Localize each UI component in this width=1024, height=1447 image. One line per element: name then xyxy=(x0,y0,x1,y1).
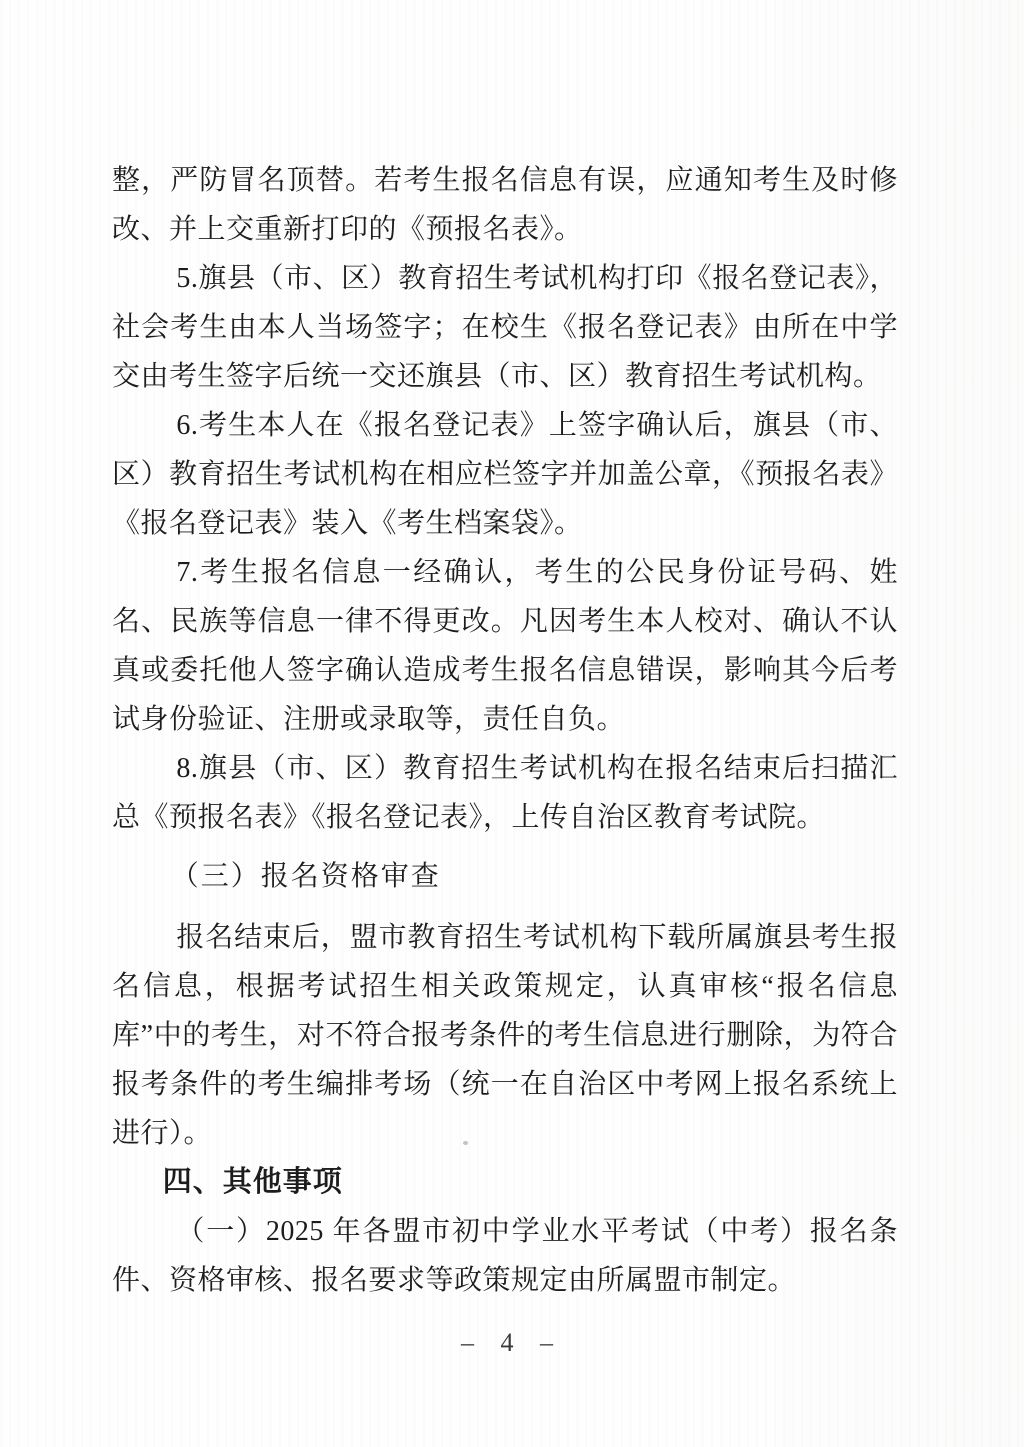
scanned-document-page: 整，严防冒名顶替。若考生报名信息有误，应通知考生及时修改、并上交重新打印的《预报… xyxy=(0,0,1024,1447)
paragraph-item-8: 8.旗县（市、区）教育招生考试机构在报名结束后扫描汇总《预报名表》《报名登记表》… xyxy=(112,744,898,842)
paragraph-item-7: 7.考生报名信息一经确认，考生的公民身份证号码、姓名、民族等信息一律不得更改。凡… xyxy=(112,548,898,744)
document-body: 整，严防冒名顶替。若考生报名信息有误，应通知考生及时修改、并上交重新打印的《预报… xyxy=(112,156,898,1305)
scan-artifact-speck xyxy=(463,1141,468,1145)
section-heading-other-matters: 四、其他事项 xyxy=(112,1158,898,1207)
paragraph-item-5: 5.旗县（市、区）教育招生考试机构打印《报名登记表》，社会考生由本人当场签字；在… xyxy=(112,254,898,401)
subheading-registration-qualification-review: （三）报名资格审查 xyxy=(112,852,898,901)
page-number: – 4 – xyxy=(0,1328,1024,1358)
paragraph-qualification-review: 报名结束后，盟市教育招生考试机构下载所属旗县考生报名信息，根据考试招生相关政策规… xyxy=(112,913,898,1158)
paragraph-item-6: 6.考生本人在《报名登记表》上签字确认后，旗县（市、区）教育招生考试机构在相应栏… xyxy=(112,401,898,548)
paragraph-item-4-1: （一）2025 年各盟市初中学业水平考试（中考）报名条件、资格审核、报名要求等政… xyxy=(112,1207,898,1305)
paragraph-continuation: 整，严防冒名顶替。若考生报名信息有误，应通知考生及时修改、并上交重新打印的《预报… xyxy=(112,156,898,254)
